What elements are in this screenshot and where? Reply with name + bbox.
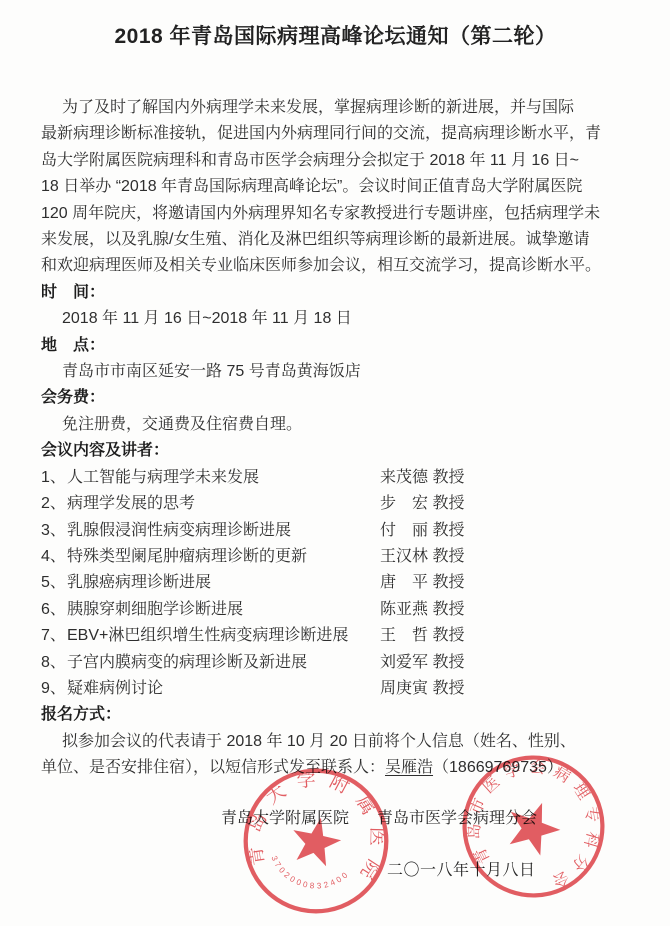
section-fee-content: 免注册费，交通费及住宿费自理。	[41, 412, 630, 438]
intro-line: 来发展，以及乳腺/女生殖、消化及淋巴组织等病理诊断的最新进展。诚挚邀请	[41, 227, 630, 253]
agenda-item: 6、胰腺穿刺细胞学诊断进展陈亚燕 教授	[41, 597, 630, 623]
section-time: 时 间： 2018 年 11 月 16 日~2018 年 11 月 18 日	[41, 280, 630, 333]
agenda-item-number: 1、	[41, 465, 67, 491]
agenda-item-speaker: 刘爱军 教授	[380, 650, 630, 676]
agenda-item: 3、乳腺假浸润性病变病理诊断进展付 丽 教授	[41, 518, 630, 544]
agenda-item-topic: 特殊类型阑尾肿瘤病理诊断的更新	[67, 544, 380, 570]
signature-org-right: 青岛市医学会病理分会	[377, 806, 537, 832]
agenda-item-speaker: 步 宏 教授	[380, 491, 630, 517]
section-venue: 地 点： 青岛市市南区延安一路 75 号青岛黄海饭店	[41, 333, 630, 386]
agenda-item: 5、乳腺癌病理诊断进展唐 平 教授	[41, 570, 630, 596]
agenda-item: 7、EBV+淋巴组织增生性病变病理诊断进展王 哲 教授	[41, 623, 630, 649]
agenda-item: 8、子宫内膜病变的病理诊断及新进展刘爱军 教授	[41, 650, 630, 676]
agenda-item-number: 9、	[41, 676, 67, 702]
agenda-item-speaker: 来茂德 教授	[380, 465, 630, 491]
signature-block: 青岛大学附属医院 青岛市医学会病理分会 二〇一八年十月八日 青岛大学附属医院 3…	[0, 740, 670, 926]
seal-serial-number: 3702000832400	[265, 853, 353, 898]
document-title: 2018 年青岛国际病理高峰论坛通知（第二轮）	[41, 22, 630, 52]
signature-org-left: 青岛大学附属医院	[221, 806, 349, 832]
section-time-heading: 时 间：	[41, 280, 630, 306]
section-fee-heading: 会务费：	[41, 385, 630, 411]
agenda-item: 1、人工智能与病理学未来发展来茂德 教授	[41, 465, 630, 491]
agenda-item-number: 2、	[41, 491, 67, 517]
registration-heading: 报名方式：	[41, 702, 630, 728]
agenda-item-speaker: 陈亚燕 教授	[380, 597, 630, 623]
agenda-item-topic: 子宫内膜病变的病理诊断及新进展	[67, 650, 380, 676]
agenda-item-number: 8、	[41, 650, 67, 676]
agenda-item-topic: 病理学发展的思考	[67, 491, 380, 517]
section-fee: 会务费： 免注册费，交通费及住宿费自理。	[41, 385, 630, 438]
intro-line: 最新病理诊断标准接轨，促进国内外病理同行间的交流，提高病理诊断水平，青	[41, 121, 630, 147]
agenda-item-number: 6、	[41, 597, 67, 623]
agenda-item-topic: 人工智能与病理学未来发展	[67, 465, 380, 491]
intro-line: 18 日举办 “2018 年青岛国际病理高峰论坛”。会议时间正值青岛大学附属医院	[41, 174, 630, 200]
intro-line: 为了及时了解国内外病理学未来发展，掌握病理诊断的新进展，并与国际	[41, 95, 630, 121]
agenda-item-number: 7、	[41, 623, 67, 649]
agenda-list: 1、人工智能与病理学未来发展来茂德 教授2、病理学发展的思考步 宏 教授3、乳腺…	[41, 465, 630, 703]
agenda-item-speaker: 王 哲 教授	[380, 623, 630, 649]
agenda-item: 4、特殊类型阑尾肿瘤病理诊断的更新王汉林 教授	[41, 544, 630, 570]
agenda-section: 会议内容及讲者： 1、人工智能与病理学未来发展来茂德 教授2、病理学发展的思考步…	[41, 438, 630, 702]
intro-line: 120 周年院庆，将邀请国内外病理界知名专家教授进行专题讲座，包括病理学未	[41, 201, 630, 227]
intro-line: 岛大学附属医院病理科和青岛市医学会病理分会拟定于 2018 年 11 月 16 …	[41, 148, 630, 174]
agenda-item-speaker: 王汉林 教授	[380, 544, 630, 570]
agenda-item-topic: 乳腺假浸润性病变病理诊断进展	[67, 518, 380, 544]
hospital-seal-icon: 青岛大学附属医院 3702000832400	[240, 765, 392, 917]
section-venue-heading: 地 点：	[41, 333, 630, 359]
agenda-item-topic: EBV+淋巴组织增生性病变病理诊断进展	[67, 623, 380, 649]
agenda-item-topic: 胰腺穿刺细胞学诊断进展	[67, 597, 380, 623]
intro-line: 和欢迎病理医师及相关专业临床医师参加会议，相互交流学习，提高诊断水平。	[41, 253, 630, 279]
agenda-heading: 会议内容及讲者：	[41, 438, 630, 464]
agenda-item: 9、疑难病例讨论周庚寅 教授	[41, 676, 630, 702]
section-time-content: 2018 年 11 月 16 日~2018 年 11 月 18 日	[41, 306, 630, 332]
intro-paragraph: 为了及时了解国内外病理学未来发展，掌握病理诊断的新进展，并与国际最新病理诊断标准…	[41, 95, 630, 280]
signature-date: 二〇一八年十月八日	[387, 858, 536, 884]
agenda-item-topic: 乳腺癌病理诊断进展	[67, 570, 380, 596]
agenda-item-number: 3、	[41, 518, 67, 544]
svg-text:3702000832400: 3702000832400	[265, 853, 353, 898]
agenda-item: 2、病理学发展的思考步 宏 教授	[41, 491, 630, 517]
agenda-item-number: 4、	[41, 544, 67, 570]
agenda-item-speaker: 唐 平 教授	[380, 570, 630, 596]
agenda-item-speaker: 周庚寅 教授	[380, 676, 630, 702]
agenda-item-topic: 疑难病例讨论	[67, 676, 380, 702]
agenda-item-number: 5、	[41, 570, 67, 596]
agenda-item-speaker: 付 丽 教授	[380, 518, 630, 544]
document-page: 2018 年青岛国际病理高峰论坛通知（第二轮） 为了及时了解国内外病理学未来发展…	[0, 0, 670, 926]
section-venue-content: 青岛市市南区延安一路 75 号青岛黄海饭店	[41, 359, 630, 385]
